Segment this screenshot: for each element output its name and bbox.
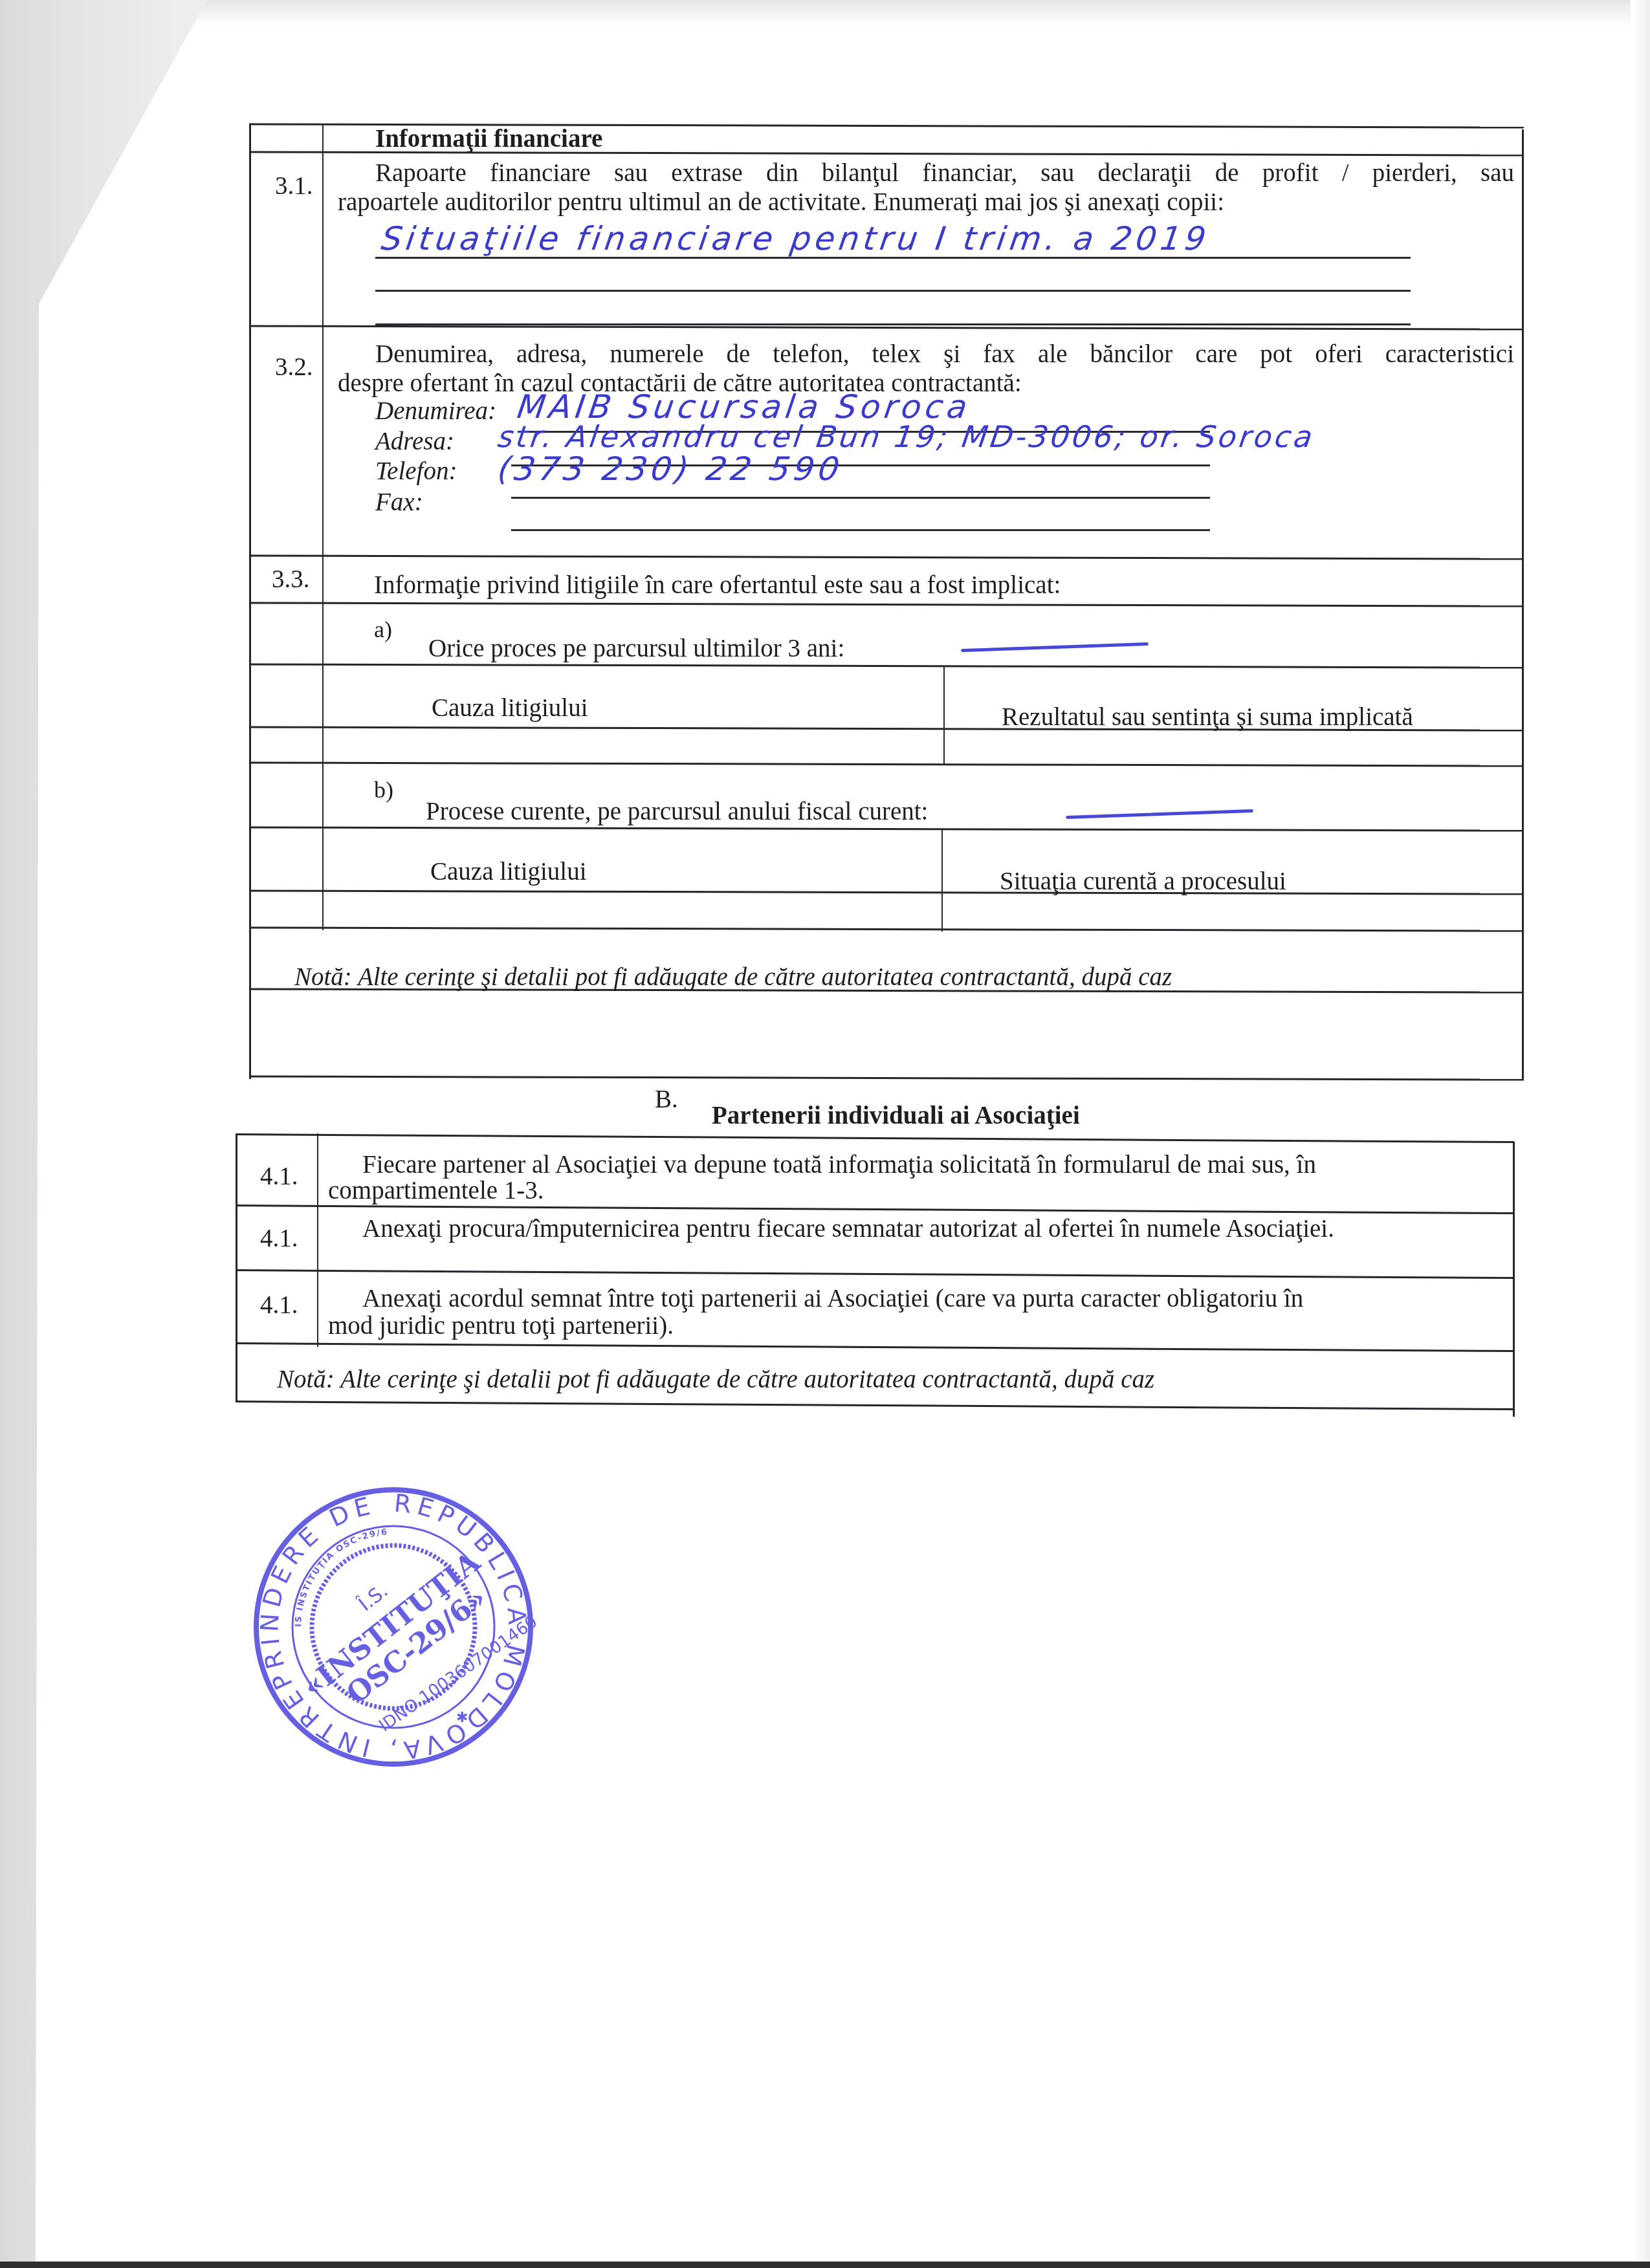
row-divider xyxy=(249,926,1524,932)
financial-statements-handwritten[interactable]: Situaţiile financiare pentru I trim. a 2… xyxy=(379,220,1212,257)
sub-b-marker: b) xyxy=(374,775,393,805)
bank-name-label: Denumirea: xyxy=(375,397,496,426)
fill-line-3 xyxy=(375,323,1411,325)
litigation-a-column-divider xyxy=(943,666,945,765)
item-number-3-2: 3.2. xyxy=(275,353,313,382)
row-divider xyxy=(236,1342,1514,1352)
partner-item-number: 4.1. xyxy=(260,1291,298,1320)
partner-item-number: 4.1. xyxy=(260,1224,298,1254)
sub-b-answer-dash[interactable] xyxy=(1066,809,1253,819)
litigation-b-column-divider xyxy=(941,829,943,932)
table-a-number-column-divider xyxy=(322,125,324,930)
row-divider xyxy=(249,554,1524,560)
sub-b-text: Procese curente, pe parcursul anului fis… xyxy=(426,797,928,827)
bank-phone-label: Telefon: xyxy=(375,457,457,486)
sub-a-text: Orice proces pe parcursul ultimilor 3 an… xyxy=(428,634,844,664)
item-3-3-text: Informaţie privind litigiile în care ofe… xyxy=(374,571,1061,600)
bank-phone-line xyxy=(511,497,1210,499)
official-stamp: REPUBLICA MOLDOVA, ÎNTREPRINDERE DE STAT… xyxy=(248,1481,539,1772)
row-divider xyxy=(249,1075,1524,1080)
item-number-3-1: 3.1. xyxy=(275,171,313,201)
bank-address-label: Adresa: xyxy=(375,427,454,457)
sub-a-marker: a) xyxy=(374,615,392,644)
sub-a-answer-dash[interactable] xyxy=(961,642,1149,652)
item-3-1-text-line2: rapoartele auditorilor pentru ultimul an… xyxy=(338,188,1224,217)
scan-shadow-top xyxy=(0,0,1650,26)
section-b-note: Notă: Alte cerinţe şi detalii pot fi adă… xyxy=(277,1365,1154,1395)
sub-b-empty-status-cell[interactable] xyxy=(943,893,1521,927)
section-a-empty-row[interactable] xyxy=(251,993,1521,1076)
sub-a-empty-cause-cell[interactable] xyxy=(324,730,941,763)
table-b-right-border xyxy=(1513,1142,1515,1417)
row-divider xyxy=(236,1205,1514,1214)
partner-item-number: 4.1. xyxy=(260,1162,298,1192)
section-b-letter: B. xyxy=(655,1085,678,1115)
row-divider xyxy=(249,325,1524,330)
sub-b-col-cause: Cauza litigiului xyxy=(430,857,587,887)
row-divider xyxy=(249,602,1524,607)
sub-a-col-cause: Cauza litigiului xyxy=(432,693,588,723)
table-b-number-column-divider xyxy=(317,1133,318,1347)
bank-fax-label: Fax: xyxy=(375,488,423,518)
partner-item-text-line2: mod juridic pentru toţi partenerii). xyxy=(328,1311,674,1341)
sub-b-col-status: Situaţia curentă a procesului xyxy=(1000,867,1286,897)
scan-bottom-bar xyxy=(0,2262,1650,2268)
item-number-3-3: 3.3. xyxy=(272,565,310,594)
item-3-2-text-line1: Denumirea, adresa, numerele de telefon, … xyxy=(375,340,1514,369)
fill-line-1 xyxy=(375,257,1411,259)
row-divider xyxy=(249,826,1524,831)
scan-shadow-left xyxy=(0,0,207,2268)
stamp-icon: REPUBLICA MOLDOVA, ÎNTREPRINDERE DE STAT… xyxy=(248,1481,539,1772)
bank-address-value[interactable]: str. Alexandru cel Bun 19; MD-3006; or. … xyxy=(496,419,1317,454)
partner-item-text-line1: Anexaţi acordul semnat între toţi parten… xyxy=(362,1284,1303,1314)
partner-item-text-line2: compartimentele 1-3. xyxy=(328,1176,544,1206)
bank-phone-value[interactable]: (373 230) 22 590 xyxy=(496,450,846,488)
section-b-title: Partenerii individuali ai Asociaţiei xyxy=(712,1101,1080,1131)
sub-a-empty-result-cell[interactable] xyxy=(945,730,1521,763)
sub-a-col-result: Rezultatul sau sentinţa şi suma implicat… xyxy=(1002,703,1413,732)
item-3-1-text-line1: Rapoarte financiare sau extrase din bila… xyxy=(375,158,1514,188)
section-header-financial-info: Informaţii financiare xyxy=(375,124,602,154)
row-divider xyxy=(236,1401,1514,1410)
scan-shadow-right xyxy=(1631,0,1650,2268)
partner-item-text-line1: Anexaţi procura/împuternicirea pentru fi… xyxy=(362,1214,1334,1244)
bank-fax-line xyxy=(511,529,1210,531)
svg-text:✱: ✱ xyxy=(456,1710,468,1726)
row-divider xyxy=(236,1269,1514,1279)
row-divider xyxy=(249,663,1524,668)
section-a-note: Notă: Alte cerinţe şi detalii pot fi adă… xyxy=(294,963,1172,992)
table-b-left-border xyxy=(236,1133,237,1402)
row-divider xyxy=(236,1133,1514,1143)
fill-line-2 xyxy=(375,290,1411,292)
sub-b-empty-cause-cell[interactable] xyxy=(324,893,940,927)
